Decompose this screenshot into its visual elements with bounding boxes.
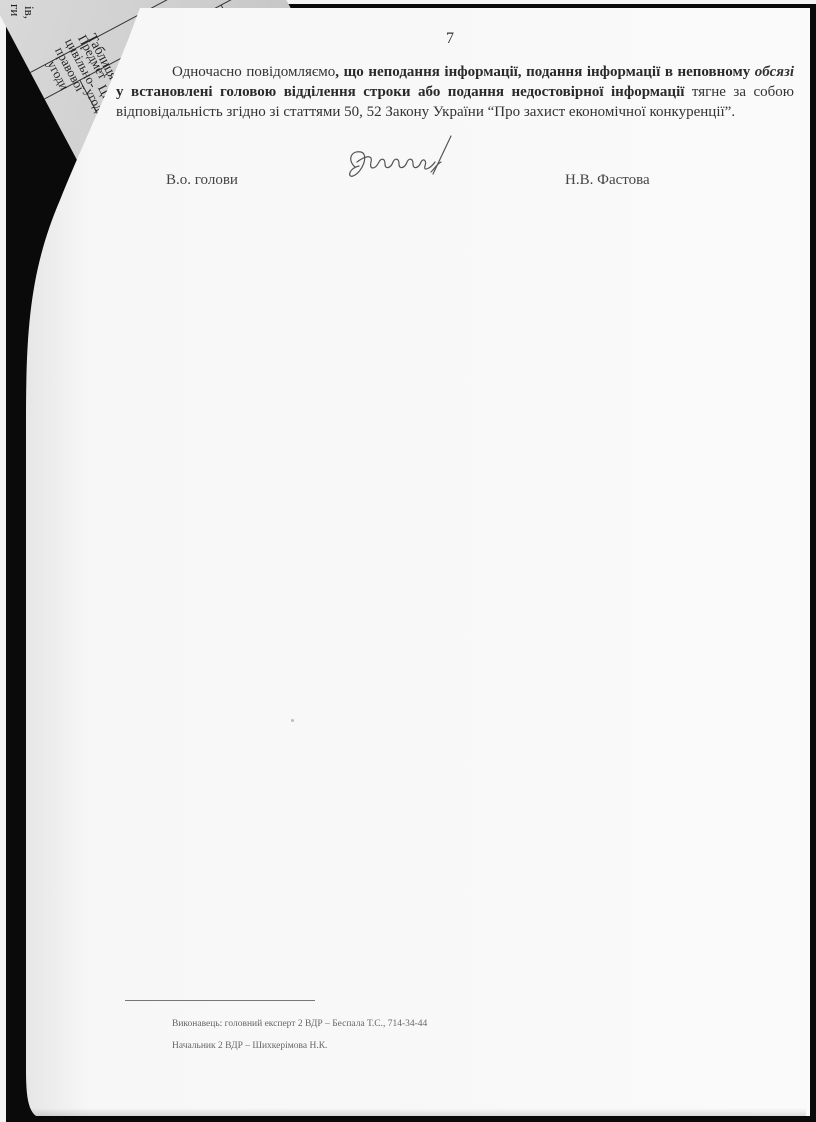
- table-column-fragment: ів,: [23, 6, 36, 19]
- table-column-fragment-2: ги: [9, 4, 22, 16]
- scan-background: [6, 4, 816, 1122]
